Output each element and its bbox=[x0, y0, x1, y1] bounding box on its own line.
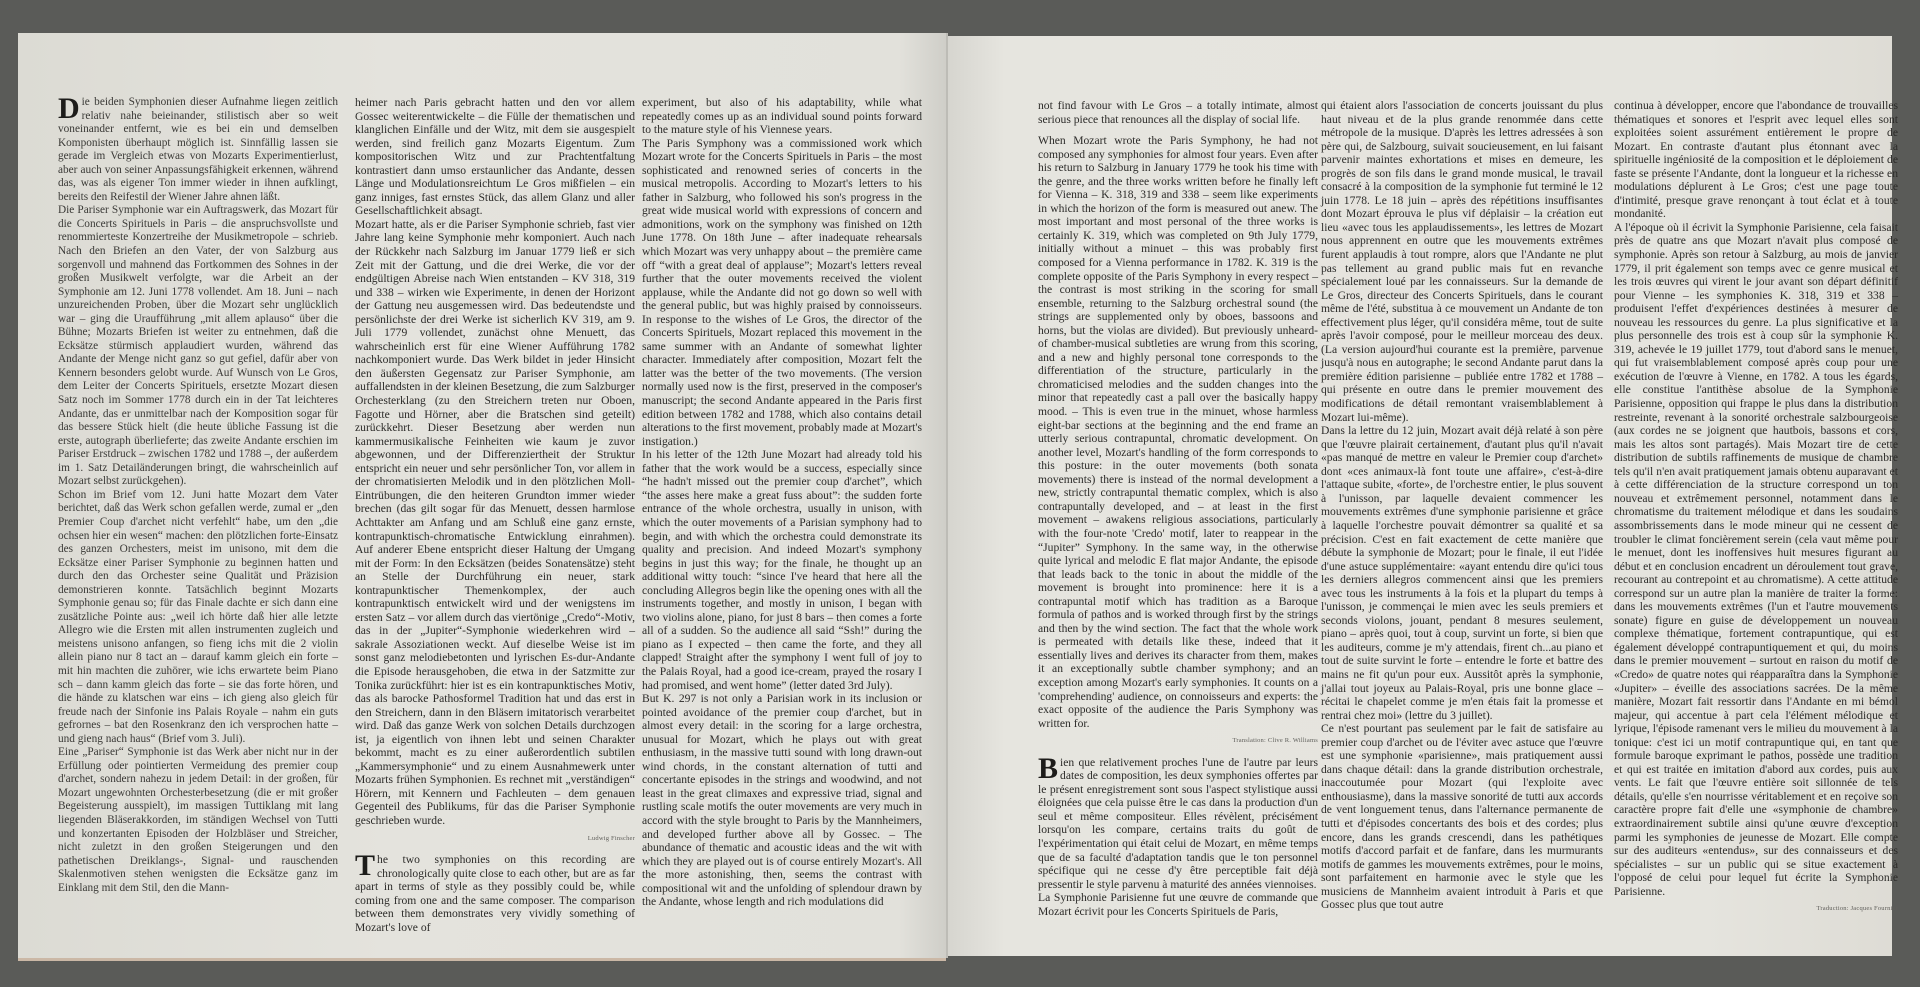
german-paragraph-2: Die Pariser Symphonie war ein Auftragswe… bbox=[58, 204, 338, 488]
english-translator-credit: Translation: Clive R. Williams bbox=[1038, 734, 1318, 748]
english-paragraph-4: In his letter of the 12th June Mozart ha… bbox=[642, 448, 922, 692]
dropcap-d: D bbox=[58, 98, 80, 120]
german-column-1: Die beiden Symphonien dieser Aufnahme li… bbox=[58, 96, 338, 895]
lp-gatefold-spread: Die beiden Symphonien dieser Aufnahme li… bbox=[18, 33, 1892, 958]
dropcap-t: T bbox=[355, 855, 375, 877]
german-paragraph-4: Eine „Pariser“ Symphonie ist das Werk ab… bbox=[58, 746, 338, 895]
french-column-2: continua à développer, encore que l'abon… bbox=[1614, 99, 1898, 924]
french-paragraph-3: qui étaient alors l'association de conce… bbox=[1321, 99, 1603, 424]
right-page: not find favour with Le Gros – a totally… bbox=[948, 36, 1892, 956]
french-paragraph-7: A l'époque où il écrivit la Symphonie Pa… bbox=[1614, 221, 1898, 898]
german-paragraph-5: heimer nach Paris gebracht hatten und de… bbox=[355, 96, 635, 218]
german-paragraph-3: Schon im Brief vom 12. Juni hatte Mozart… bbox=[58, 489, 338, 746]
french-column-1: qui étaient alors l'association de conce… bbox=[1321, 99, 1603, 912]
german-author-credit: Ludwig Finscher bbox=[355, 832, 635, 846]
german-paragraph-1: Die beiden Symphonien dieser Aufnahme li… bbox=[58, 96, 338, 204]
english-paragraph-3: The Paris Symphony was a commissioned wo… bbox=[642, 137, 922, 449]
german-paragraph-6: Mozart hatte, als er die Pariser Symphon… bbox=[355, 218, 635, 828]
french-paragraph-5: Ce n'est pourtant pas seulement par le f… bbox=[1321, 722, 1603, 912]
english-paragraph-5: But K. 297 is not only a Parisian work i… bbox=[642, 692, 922, 909]
french-translator-credit: Traduction: Jacques Fournier bbox=[1614, 902, 1898, 916]
french-paragraph-6: continua à développer, encore que l'abon… bbox=[1614, 99, 1898, 221]
french-paragraph-2: La Symphonie Parisienne fut une œuvre de… bbox=[1038, 891, 1318, 918]
german-column-2: heimer nach Paris gebracht hatten und de… bbox=[355, 96, 635, 934]
left-page: Die beiden Symphonien dieser Aufnahme li… bbox=[18, 33, 946, 961]
english-paragraph-6: not find favour with Le Gros – a totally… bbox=[1038, 99, 1318, 126]
french-paragraph-4: Dans la lettre du 12 juin, Mozart avait … bbox=[1321, 424, 1603, 722]
english-column-2: not find favour with Le Gros – a totally… bbox=[1038, 99, 1318, 918]
dropcap-b: B bbox=[1038, 758, 1058, 780]
english-paragraph-7: When Mozart wrote the Paris Symphony, he… bbox=[1038, 134, 1318, 730]
english-paragraph-1: The two symphonies on this recording are… bbox=[355, 853, 635, 934]
english-column-1: experiment, but also of his adaptability… bbox=[642, 96, 922, 909]
french-paragraph-1: Bien que relativement proches l'une de l… bbox=[1038, 756, 1318, 891]
english-paragraph-2: experiment, but also of his adaptability… bbox=[642, 96, 922, 137]
